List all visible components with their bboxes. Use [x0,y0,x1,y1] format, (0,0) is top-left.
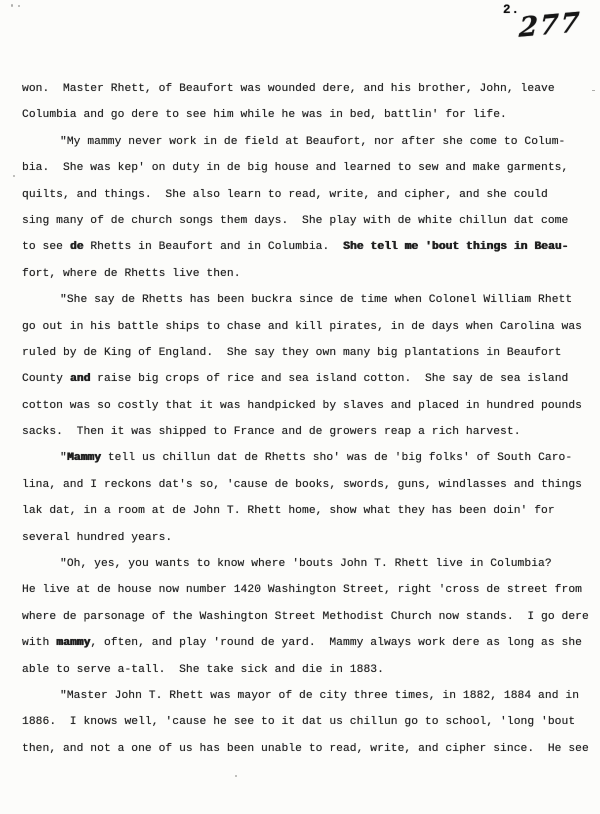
handwritten-page-number: 277 [518,7,582,44]
text-line: County and raise big crops of rice and s… [22,366,588,392]
typed-text: "Master John T. Rhett was mayor of de ci… [60,690,579,702]
overstruck-text: de [70,241,84,253]
scan-speckle [11,4,13,7]
text-line: where de parsonage of the Washington Str… [22,604,588,630]
text-line: "Mammy tell us chillun dat de Rhetts sho… [22,445,588,471]
typed-text: go out in his battle ships to chase and … [22,321,582,333]
text-line: sing many of de church songs them days. … [22,208,588,234]
text-line: then, and not a one of us has been unabl… [22,736,588,762]
text-line: bia. She was kep' on duty in de big hous… [22,155,588,181]
typed-text: lak dat, in a room at de John T. Rhett h… [22,505,555,517]
text-line: "Master John T. Rhett was mayor of de ci… [22,683,588,709]
scan-speckle [18,5,20,7]
typed-text: He live at de house now number 1420 Wash… [22,584,582,596]
text-line: "Oh, yes, you wants to know where 'bouts… [22,551,588,577]
overstruck-text: mammy [56,637,90,649]
text-line: "She say de Rhetts has been buckra since… [22,287,588,313]
text-line: sacks. Then it was shipped to France and… [22,419,588,445]
typed-text: able to serve a-tall. She take sick and … [22,664,384,676]
typed-text: tell us chillun dat de Rhetts sho' was d… [101,452,572,464]
typed-text: won. Master Rhett, of Beaufort was wound… [22,83,555,95]
typed-text: ruled by de King of England. She say the… [22,347,562,359]
text-line: won. Master Rhett, of Beaufort was wound… [22,76,588,102]
typed-text: "Oh, yes, you wants to know where 'bouts… [60,558,552,570]
typed-text: fort, where de Rhetts live then. [22,268,241,280]
typed-text: with [22,637,56,649]
text-line: quilts, and things. She also learn to re… [22,182,588,208]
text-line: ruled by de King of England. She say the… [22,340,588,366]
text-line: He live at de house now number 1420 Wash… [22,577,588,603]
typed-text: cotton was so costly that it was handpic… [22,400,582,412]
typed-text: to see [22,241,70,253]
scan-speckle [235,775,237,777]
text-line: go out in his battle ships to chase and … [22,314,588,340]
typed-text: Rhetts in Beaufort and in Columbia. [83,241,343,253]
text-line: several hundred years. [22,525,588,551]
typed-text: lina, and I reckons dat's so, 'cause de … [22,479,582,491]
typed-text: 1886. I knows well, 'cause he see to it … [22,716,575,728]
typed-text: several hundred years. [22,532,172,544]
text-line: 1886. I knows well, 'cause he see to it … [22,709,588,735]
typed-text: bia. She was kep' on duty in de big hous… [22,162,568,174]
typed-text: raise big crops of rice and sea island c… [90,373,568,385]
typed-text: "She say de Rhetts has been buckra since… [60,294,572,306]
overstruck-text: and [70,373,91,385]
typed-text: where de parsonage of the Washington Str… [22,611,589,623]
text-line: "My mammy never work in de field at Beau… [22,129,588,155]
typed-text: quilts, and things. She also learn to re… [22,189,548,201]
text-line: fort, where de Rhetts live then. [22,261,588,287]
overstruck-text: Mammy [67,452,101,464]
text-line: Columbia and go dere to see him while he… [22,102,588,128]
typed-text: County [22,373,70,385]
overstruck-text: She tell me 'bout things in Beau- [343,241,568,253]
typed-text: Columbia and go dere to see him while he… [22,109,507,121]
text-line: cotton was so costly that it was handpic… [22,393,588,419]
typed-page-number: 2. [503,3,520,17]
typed-text: " [60,452,67,464]
document-body: won. Master Rhett, of Beaufort was wound… [22,76,588,762]
typed-text: sing many of de church songs them days. … [22,215,568,227]
typed-text: sacks. Then it was shipped to France and… [22,426,521,438]
typed-text: "My mammy never work in de field at Beau… [60,136,565,148]
text-line: to see de Rhetts in Beaufort and in Colu… [22,234,588,260]
text-line: lak dat, in a room at de John T. Rhett h… [22,498,588,524]
document-page: 2. 277 won. Master Rhett, of Beaufort wa… [0,0,600,814]
text-line: lina, and I reckons dat's so, 'cause de … [22,472,588,498]
scan-speckle [13,175,15,177]
text-line: able to serve a-tall. She take sick and … [22,657,588,683]
scan-speckle [592,90,595,91]
text-line: with mammy, often, and play 'round de ya… [22,630,588,656]
typed-text: then, and not a one of us has been unabl… [22,743,589,755]
typed-text: , often, and play 'round de yard. Mammy … [90,637,582,649]
